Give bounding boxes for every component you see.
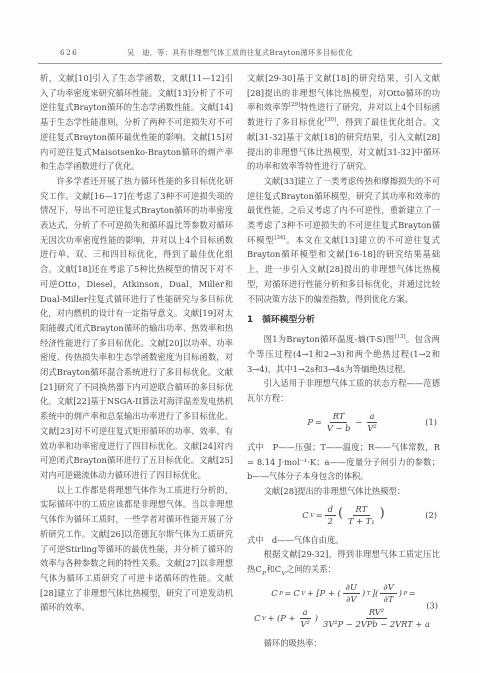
paragraph: 式中 P——压强；T——温度；R——气体常数，R = 8.14 J·mol⁻¹·…	[247, 440, 440, 484]
paper-page: 626 吴 迪，等：具有非理想气体工质的往复式Brayton循环多目标优化 析，…	[0, 0, 480, 673]
text-run: 。本文在文献[13]建立的不可逆往复式Brayton循环模型和文献[16-18]…	[247, 235, 440, 304]
eq-term: 3V²P − 2VPb − 2VRT + a	[320, 619, 433, 630]
paragraph: 式中 d——气体自由度。	[247, 533, 440, 548]
eq-term: =	[284, 589, 291, 599]
eq-term: C	[254, 614, 260, 624]
eq-term: ∂V	[380, 583, 396, 595]
eq-term: ∂T	[381, 594, 397, 605]
paragraph: 引入适用于非理想气体工质的状态方程——范德瓦尔方程：	[247, 376, 440, 405]
section-heading: 1 循环模型分析	[247, 314, 440, 326]
eq-paren: (	[338, 507, 343, 522]
eq-term: RT	[353, 505, 371, 517]
equation-number: (3)	[426, 599, 438, 614]
eq-term: 2	[325, 516, 336, 527]
eq-term: P	[307, 418, 313, 428]
fraction: aV²	[364, 412, 379, 434]
eq-term: V²	[297, 619, 312, 630]
fraction: d2	[325, 505, 336, 527]
paragraph: 根据文献[29-32]，得到非理想气体工质定压比热CP和CV之间的关系：	[247, 547, 440, 576]
eq-term: RV²	[366, 608, 387, 620]
eq-term: d	[325, 505, 336, 517]
equation-number: (1)	[425, 418, 437, 428]
eq-term: C	[275, 564, 281, 574]
eq-term: V²	[364, 423, 379, 434]
eq-term: + (P +	[267, 614, 295, 624]
equation-3-line-2: CV + (P + aV² ) RV²3V²P − 2VPb − 2VRT + …	[247, 608, 440, 630]
fraction: RTV − b	[324, 412, 354, 434]
eq-term: C	[293, 589, 299, 599]
eq-paren: )	[380, 507, 385, 522]
equation-1: P = RTV − b − aV² (1)	[247, 412, 440, 434]
paragraph: 循环的吸热率：	[247, 636, 440, 651]
eq-term: a	[367, 412, 378, 424]
equation-3: CP = CV + [P + ( ∂U∂V )T ]( ∂V∂T )P = CV…	[247, 583, 440, 630]
eq-term: RT	[330, 412, 348, 424]
eq-term: + [P + (	[307, 589, 341, 599]
citation-superscript: [34]	[274, 235, 285, 241]
paragraph: 以上工作都是将理想气体作为工质进行分析的，实际循环中的工质应该都是非理想气体。当…	[40, 483, 233, 615]
equation-3-line-1: CP = CV + [P + ( ∂U∂V )T ]( ∂V∂T )P =	[247, 583, 440, 605]
section-number: 1	[247, 314, 253, 326]
eq-term: =	[315, 418, 322, 428]
left-column: 析，文献[10]引入了生态学函数，文献[11—12]引入了功率密度来研究循环性能…	[40, 71, 233, 651]
eq-term: V − b	[324, 423, 354, 434]
citation-superscript: [29]	[289, 103, 300, 109]
eq-term: a	[300, 608, 311, 620]
eq-term: =	[316, 511, 323, 521]
fraction: RTT + T₁	[345, 505, 378, 527]
eq-term: =	[409, 589, 416, 599]
fraction: ∂V∂T	[380, 583, 396, 605]
eq-term: C	[255, 564, 261, 574]
citation-superscript: [30]	[325, 117, 336, 123]
eq-term: ∂V	[343, 594, 359, 605]
section-title: 循环模型分析	[262, 314, 315, 326]
text-run: 之间的关系：	[286, 564, 336, 574]
paragraph: 图1为Brayton循环温度-熵(T-S)图[13]。包含两个等压过程(4→1和…	[247, 332, 440, 376]
eq-term: C	[271, 589, 277, 599]
text-run: 和	[266, 564, 274, 574]
eq-term: )	[399, 589, 402, 599]
eq-term: ](	[372, 589, 378, 599]
eq-term: )	[362, 589, 365, 599]
fraction: ∂U∂V	[343, 583, 360, 605]
paragraph: 析，文献[10]引入了生态学函数，文献[11—12]引入了功率密度来研究循环性能…	[40, 71, 233, 174]
eq-term: T + T₁	[345, 516, 378, 527]
citation-superscript: [13]	[395, 334, 406, 340]
two-column-body: 析，文献[10]引入了生态学函数，文献[11—12]引入了功率密度来研究循环性能…	[40, 71, 440, 651]
fraction: aV²	[297, 608, 312, 630]
eq-term: −	[355, 418, 362, 428]
paragraph: 文献[29-30]基于文献[18]的研究结果，引入文献[28]提出的非理想气体比…	[247, 71, 440, 174]
equation-number: (2)	[425, 511, 437, 521]
running-title: 吴 迪，等：具有非理想气体工质的往复式Brayton循环多目标优化	[40, 48, 440, 58]
eq-term: )	[315, 614, 318, 624]
page-number: 626	[60, 48, 78, 57]
fraction: RV²3V²P − 2VPb − 2VRT + a	[320, 608, 433, 630]
equation-2: CV = d2 ( RTT + T₁ ) (2)	[247, 505, 440, 527]
eq-term: ∂U	[343, 583, 360, 595]
paragraph: 文献[28]提出的非理想气体比热模型：	[247, 484, 440, 499]
right-column: 文献[29-30]基于文献[18]的研究结果，引入文献[28]提出的非理想气体比…	[247, 71, 440, 651]
eq-term: C	[302, 511, 308, 521]
paragraph: 文献[33]建立了一类考虑传热和摩擦损失的不可逆往复式Brayton循环模型，研…	[247, 174, 440, 306]
text-run: 图1为Brayton循环温度-熵(T-S)图	[264, 334, 395, 344]
page-header: 626 吴 迪，等：具有非理想气体工质的往复式Brayton循环多目标优化	[40, 48, 440, 60]
paragraph: 许多学者还开展了热力循环性能的多目标优化研究工作。文献[16—17]在考虑了3种…	[40, 174, 233, 483]
header-rule	[38, 63, 442, 64]
